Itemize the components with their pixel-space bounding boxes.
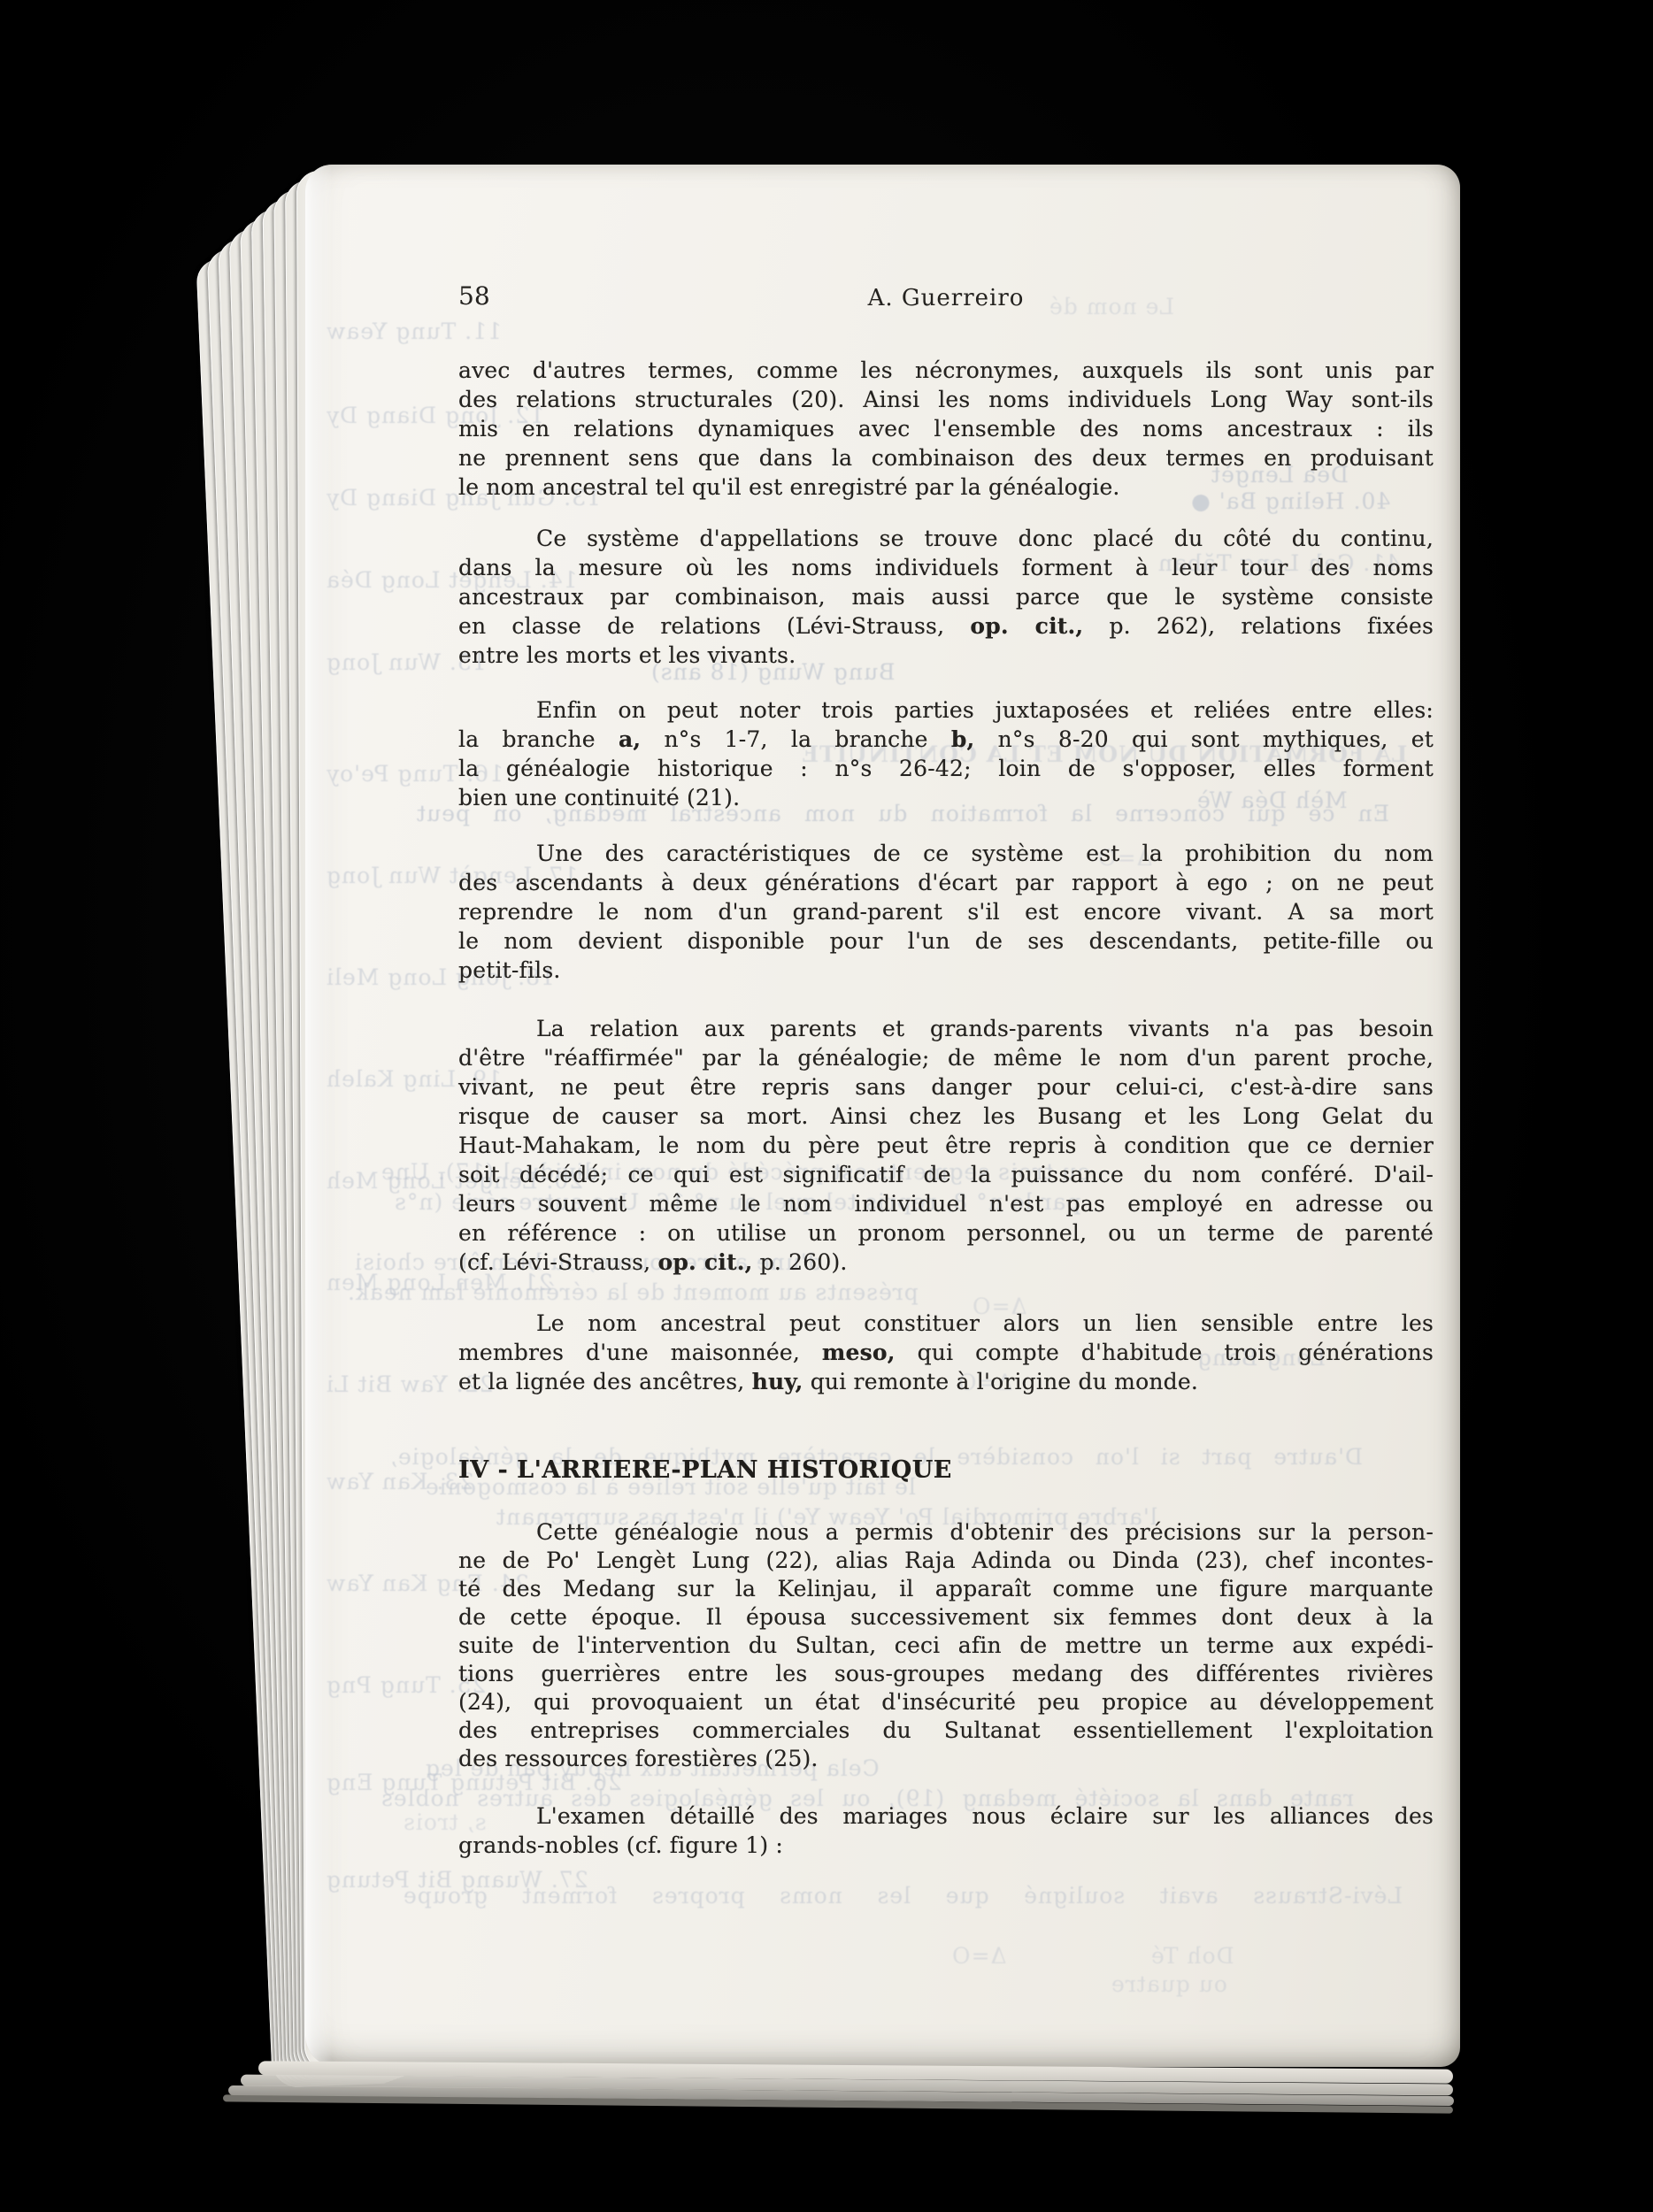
text-line: avec d'autres termes, comme les nécronym… — [458, 356, 1434, 385]
text-line: des ascendants à deux générations d'écar… — [458, 868, 1434, 897]
text-line: leurs souvent même le nom individuel n'e… — [458, 1189, 1434, 1218]
text-segment: n°s 8-20 qui sont mythiques, et — [974, 726, 1434, 752]
paragraph: La relation aux parents et grands-parent… — [458, 1014, 1434, 1277]
text-line: en référence : on utilise un pronom pers… — [458, 1218, 1434, 1248]
text-line: L'examen détaillé des mariages nous écla… — [458, 1801, 1434, 1831]
text-line: risque de causer sa mort. Ainsi chez les… — [458, 1102, 1434, 1131]
text-line: dans la mesure où les noms individuels f… — [458, 553, 1434, 582]
text-line: tions guerrières entre les sous-groupes … — [458, 1660, 1434, 1688]
text-line: en classe de relations (Lévi-Strauss, op… — [458, 611, 1434, 641]
text-line: des ressources forestières (25). — [458, 1745, 1434, 1773]
text-line: des relations structurales (20). Ainsi l… — [458, 385, 1434, 414]
text-line: membres d'une maisonnée, meso, qui compt… — [458, 1338, 1434, 1367]
text-segment: membres d'une maisonnée, — [458, 1340, 822, 1365]
text-line: grands-nobles (cf. figure 1) : — [458, 1831, 1434, 1860]
text-line: petit-fils. — [458, 956, 1434, 985]
text-line: suite de l'intervention du Sultan, ceci … — [458, 1632, 1434, 1660]
paragraph: Cette généalogie nous a permis d'obtenir… — [458, 1518, 1434, 1773]
text-line: la généalogie historique : n°s 26-42; lo… — [458, 754, 1434, 783]
text-segment: p. 260). — [753, 1249, 848, 1275]
text-segment-bold: huy, — [752, 1369, 803, 1394]
text-segment: n°s 1-7, la branche — [641, 726, 951, 752]
running-head: A. Guerreiro — [458, 285, 1434, 311]
text-line: soit décédé; ce qui est significatif de … — [458, 1160, 1434, 1189]
text-segment: (cf. Lévi-Strauss, — [458, 1249, 657, 1275]
text-segment-bold: a, — [619, 726, 641, 752]
text-segment: en classe de relations (Lévi-Strauss, — [458, 613, 970, 639]
text-segment-bold: op. cit., — [657, 1249, 752, 1275]
text-segment-bold: op. cit., — [970, 613, 1083, 639]
text-line: mis en relations dynamiques avec l'ensem… — [458, 414, 1434, 443]
book-page: 11. Tung Yeaw 12. Jong Diang Dy 13. Gun … — [305, 165, 1460, 2067]
text-segment: et la lignée des ancêtres, — [458, 1369, 752, 1394]
text-line: té des Medang sur la Kelinjau, il appara… — [458, 1575, 1434, 1603]
text-line: entre les morts et les vivants. — [458, 641, 1434, 670]
text-line: ne prennent sens que dans la combinaison… — [458, 443, 1434, 472]
paragraph: Ce système d'appellations se trouve donc… — [458, 524, 1434, 670]
text-line: (24), qui provoquaient un état d'insécur… — [458, 1688, 1434, 1717]
text-line: la branche a, n°s 1-7, la branche b, n°s… — [458, 725, 1434, 754]
text-line: bien une continuité (21). — [458, 783, 1434, 812]
paragraph: Enfin on peut noter trois parties juxtap… — [458, 695, 1434, 812]
text-line: Enfin on peut noter trois parties juxtap… — [458, 695, 1434, 725]
text-line: et la lignée des ancêtres, huy, qui remo… — [458, 1367, 1434, 1396]
page-edge-highlight — [305, 165, 332, 2067]
text-line: Haut-Mahakam, le nom du père peut être r… — [458, 1131, 1434, 1160]
text-segment-bold: b, — [951, 726, 975, 752]
section-heading: IV - L'ARRIERE-PLAN HISTORIQUE — [458, 1456, 952, 1484]
paragraph: Le nom ancestral peut constituer alors u… — [458, 1309, 1434, 1396]
text-line: vivant, ne peut être repris sans danger … — [458, 1072, 1434, 1102]
text-segment-bold: meso, — [822, 1340, 896, 1365]
text-line: d'être "réaffirmée" par la généalogie; d… — [458, 1043, 1434, 1072]
photo-of-book-page: 11. Tung Yeaw 12. Jong Diang Dy 13. Gun … — [0, 0, 1653, 2212]
text-line: (cf. Lévi-Strauss, op. cit., p. 260). — [458, 1248, 1434, 1277]
text-segment: la branche — [458, 726, 619, 752]
paragraph: avec d'autres termes, comme les nécronym… — [458, 356, 1434, 502]
text-segment: qui remonte à l'origine du monde. — [803, 1369, 1198, 1394]
paragraph: Une des caractéristiques de ce système e… — [458, 839, 1434, 985]
text-line: le nom ancestral tel qu'il est enregistr… — [458, 472, 1434, 502]
text-line: Une des caractéristiques de ce système e… — [458, 839, 1434, 868]
text-segment: qui compte d'habitude trois générations — [896, 1340, 1434, 1365]
text-segment: p. 262), relations fixées — [1083, 613, 1434, 639]
text-line: le nom devient disponible pour l'un de s… — [458, 926, 1434, 956]
printed-page-content: 58 A. Guerreiro avec d'autres termes, co… — [305, 165, 1460, 2067]
text-line: ancestraux par combinaison, mais aussi p… — [458, 582, 1434, 611]
text-line: reprendre le nom d'un grand-parent s'il … — [458, 897, 1434, 926]
text-line: de cette époque. Il épousa successivemen… — [458, 1603, 1434, 1632]
text-line: des entreprises commerciales du Sultanat… — [458, 1717, 1434, 1745]
paragraph: L'examen détaillé des mariages nous écla… — [458, 1801, 1434, 1860]
text-line: Cette généalogie nous a permis d'obtenir… — [458, 1518, 1434, 1547]
text-line: ne de Po' Lengèt Lung (22), alias Raja A… — [458, 1547, 1434, 1575]
text-line: La relation aux parents et grands-parent… — [458, 1014, 1434, 1043]
text-line: Le nom ancestral peut constituer alors u… — [458, 1309, 1434, 1338]
text-line: Ce système d'appellations se trouve donc… — [458, 524, 1434, 553]
